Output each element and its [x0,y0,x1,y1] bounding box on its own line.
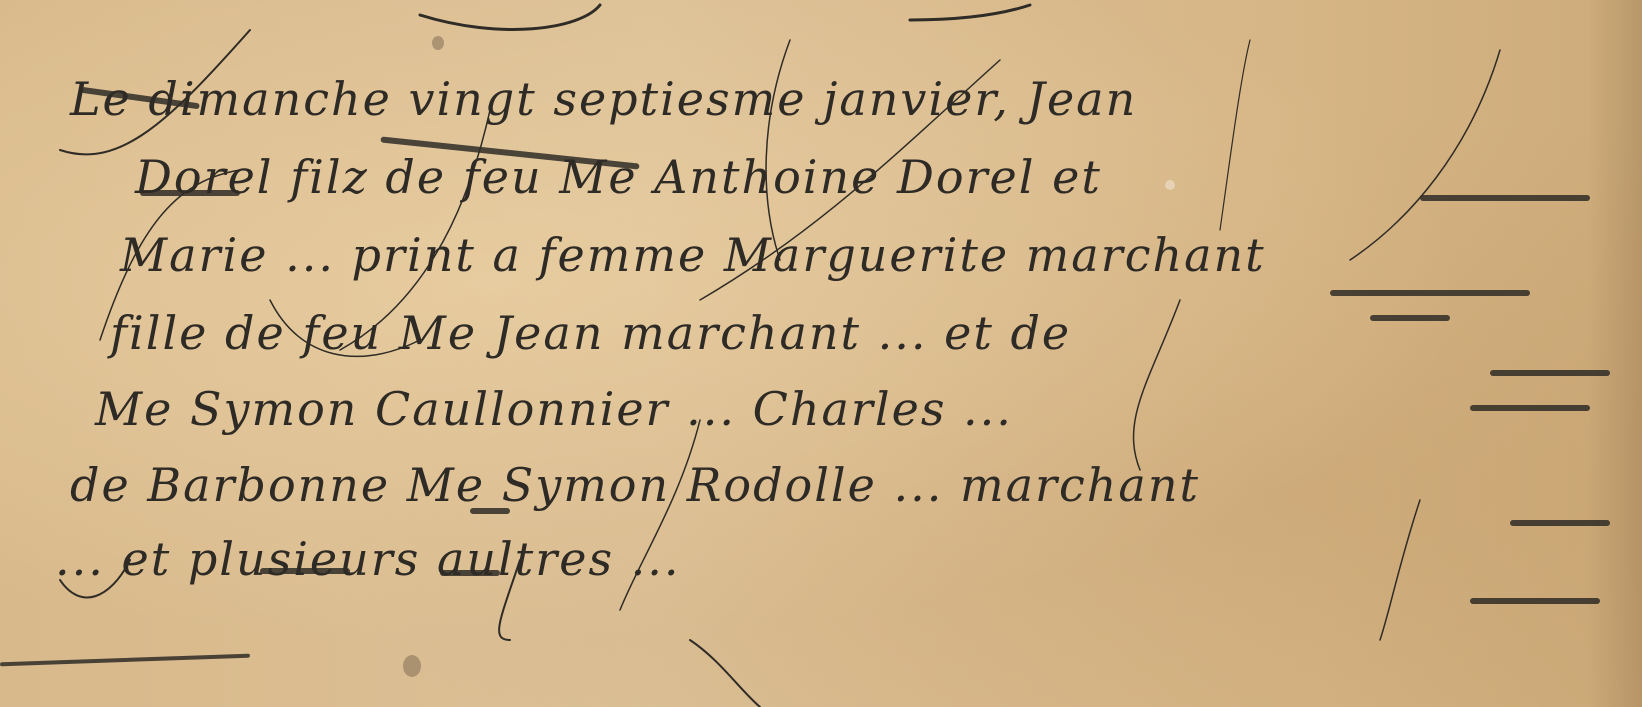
manuscript-line-6: de Barbonne Me Symon Rodolle ... marchan… [70,458,1200,512]
ink-spot [432,36,444,50]
flourish [1420,195,1590,201]
manuscript-line-4: fille de feu Me Jean marchant ... et de [110,306,1071,360]
manuscript-line-1: Le dimanche vingt septiesme janvier, Jea… [70,72,1137,126]
paper-spot [1165,180,1175,190]
manuscript-line-3: Marie ... print a femme Marguerite march… [120,228,1266,282]
manuscript-line-5: Me Symon Caullonnier ... Charles ... [95,382,1013,436]
flourish [1330,290,1530,296]
flourish [1490,370,1610,376]
manuscript-line-7: ... et plusieurs aultres ... [55,532,681,586]
flourish [1470,405,1590,411]
flourish [1510,520,1610,526]
manuscript-page: Le dimanche vingt septiesme janvier, Jea… [0,0,1642,707]
flourish [1370,315,1450,321]
flourish [1470,598,1600,604]
manuscript-line-2: Dorel filz de feu Me Anthoine Dorel et [135,150,1102,204]
ink-spot [403,655,421,677]
